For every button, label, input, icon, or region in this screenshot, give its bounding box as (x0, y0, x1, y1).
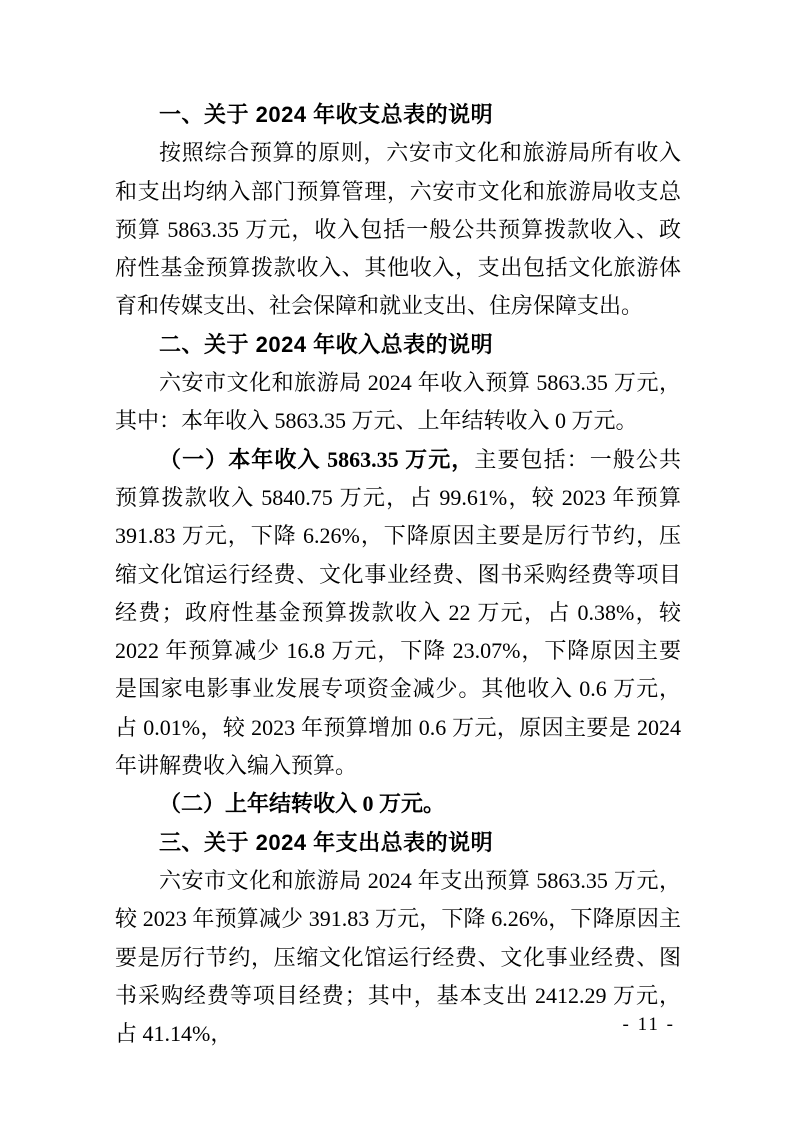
carryover-income-text: （二）上年结转收入 0 万元。 (159, 791, 445, 816)
document-body: 一、关于 2024 年收支总表的说明 按照综合预算的原则，六安市文化和旅游局所有… (115, 96, 681, 1053)
page-number: - 11 - (623, 1014, 675, 1036)
paragraph-budget-summary: 按照综合预算的原则，六安市文化和旅游局所有收入和支出均纳入部门预算管理，六安市文… (115, 134, 681, 325)
paragraph-current-year-income: （一）本年收入 5863.35 万元，主要包括：一般公共预算拨款收入 5840.… (115, 441, 681, 786)
current-year-income-detail: 主要包括：一般公共预算拨款收入 5840.75 万元，占 99.61%，较 20… (115, 447, 681, 778)
section-heading-budget-summary: 一、关于 2024 年收支总表的说明 (115, 96, 681, 134)
paragraph-carryover-income: （二）上年结转收入 0 万元。 (115, 785, 681, 823)
section-heading-expenditure-summary: 三、关于 2024 年支出总表的说明 (115, 824, 681, 862)
document-page: 一、关于 2024 年收支总表的说明 按照综合预算的原则，六安市文化和旅游局所有… (0, 0, 793, 1122)
current-year-income-lead: （一）本年收入 5863.35 万元， (159, 447, 474, 472)
section-heading-income-summary: 二、关于 2024 年收入总表的说明 (115, 326, 681, 364)
paragraph-income-summary: 六安市文化和旅游局 2024 年收入预算 5863.35 万元，其中：本年收入 … (115, 364, 681, 441)
paragraph-expenditure-summary: 六安市文化和旅游局 2024 年支出预算 5863.35 万元，较 2023 年… (115, 862, 681, 1053)
